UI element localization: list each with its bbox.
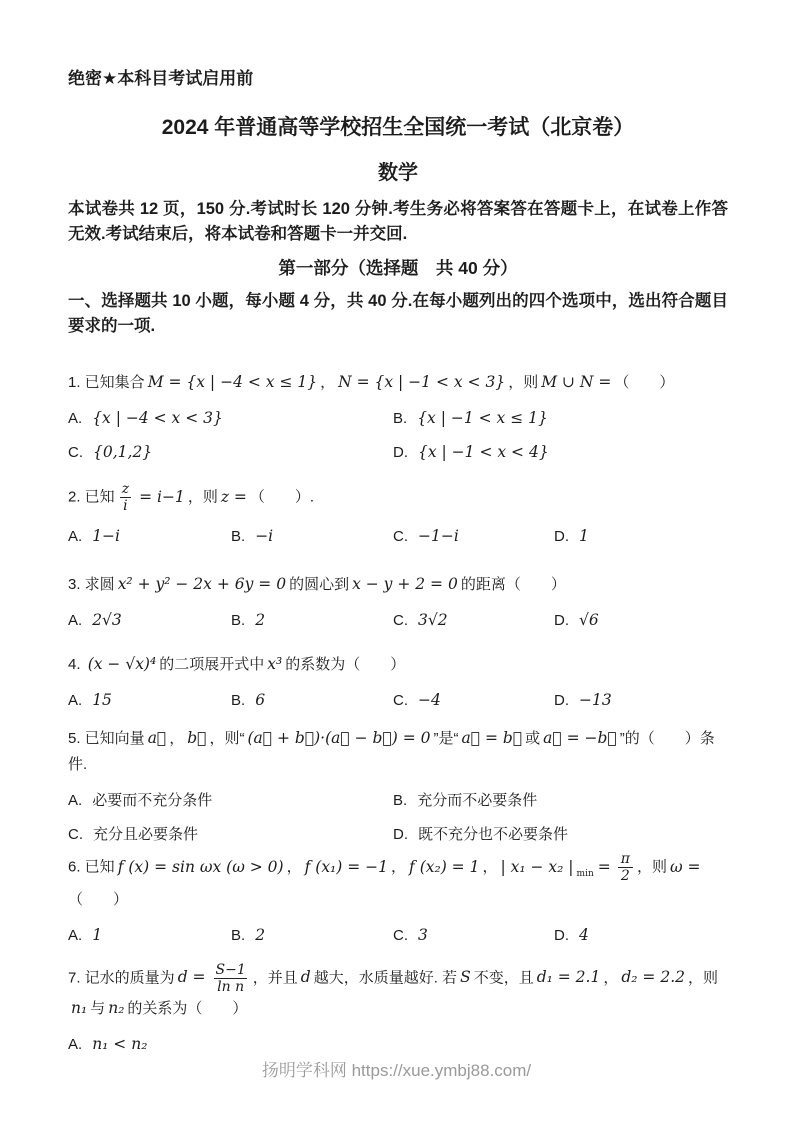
option-label: B. — [231, 927, 245, 944]
option: A.1 — [68, 925, 231, 946]
question-5: 5. 已知向量a⃗，b⃗，则“(a⃗ + b⃗)·(a⃗ − b⃗) = 0”是… — [68, 725, 728, 845]
option-label: B. — [231, 528, 245, 545]
option-label: B. — [231, 612, 245, 629]
math-text: ω = — [670, 858, 701, 876]
chinese-text: 4. — [68, 656, 85, 673]
chinese-text: （ ） — [614, 374, 674, 391]
option-text: 1 — [579, 527, 589, 545]
option: A.必要而不充分条件 — [68, 790, 393, 811]
question-6-stem: 6. 已知f (x) = sin ωx (ω > 0)，f (x₁) = −1，… — [68, 851, 728, 913]
chinese-text: ，则 — [508, 374, 538, 391]
option-text: 3√2 — [418, 611, 448, 629]
math-text: a⃗ — [148, 729, 167, 747]
chinese-text: ， — [169, 730, 184, 747]
chinese-text: ， — [320, 374, 335, 391]
chinese-text: ，则 — [637, 859, 667, 876]
option-text: 2 — [255, 926, 265, 944]
exam-page: 绝密★本科目考试启用前 2024 年普通高等学校招生全国统一考试（北京卷） 数学… — [0, 0, 793, 1122]
math-text: a⃗ = b⃗ — [462, 729, 523, 747]
question-7: 7. 记水的质量为d =S−1ln n，并且d越大，水质量越好. 若S不变，且d… — [68, 962, 728, 1055]
chinese-text: ， — [287, 859, 302, 876]
chinese-text: （ ）. — [250, 489, 314, 506]
math-text: x² + y² − 2x + 6y = 0 — [118, 575, 286, 593]
option-text: −4 — [418, 691, 441, 709]
option-text: 既不充分也不必要条件 — [418, 826, 568, 843]
question-1: 1. 已知集合M = {x | −4 < x ≤ 1}，N = {x | −1 … — [68, 369, 728, 463]
math-text: (a⃗ + b⃗)·(a⃗ − b⃗) = 0 — [247, 729, 430, 747]
math-text: f (x₁) = −1 — [305, 858, 388, 876]
option-label: C. — [68, 826, 83, 843]
question-1-options: A.{x | −4 < x < 3}B.{x | −1 < x ≤ 1}C.{0… — [68, 408, 728, 463]
option: D.√6 — [554, 610, 728, 631]
option-label: C. — [393, 612, 408, 629]
math-text: N = {x | −1 < x < 3} — [338, 373, 505, 391]
math-text: (x − √x)⁴ — [88, 655, 157, 673]
option-label: C. — [68, 444, 83, 461]
chinese-text: 的系数为（ ） — [285, 656, 405, 673]
chinese-text: （ ） — [68, 891, 128, 908]
option-text: n₁ < n₂ — [92, 1035, 147, 1053]
option: A.2√3 — [68, 610, 231, 631]
chinese-text: 1. 已知集合 — [68, 374, 145, 391]
chinese-text: ， — [603, 969, 618, 986]
math-text: n₁ — [71, 999, 87, 1017]
option: D.既不充分也不必要条件 — [393, 824, 728, 845]
option-text: {x | −1 < x ≤ 1} — [417, 409, 548, 427]
option-text: 充分而不必要条件 — [417, 792, 537, 809]
chinese-text: 与 — [90, 1000, 105, 1017]
option: A.1−i — [68, 526, 231, 547]
chinese-text: 的二项展开式中 — [159, 656, 264, 673]
question-3-stem: 3. 求圆x² + y² − 2x + 6y = 0的圆心到x − y + 2 … — [68, 571, 728, 598]
option-text: 6 — [255, 691, 265, 709]
option-text: −13 — [579, 691, 612, 709]
chinese-text: ，则 — [188, 489, 218, 506]
option: C.充分且必要条件 — [68, 824, 393, 845]
exam-title: 2024 年普通高等学校招生全国统一考试（北京卷） — [68, 111, 728, 141]
chinese-text: 3. 求圆 — [68, 576, 115, 593]
question-7-stem: 7. 记水的质量为d =S−1ln n，并且d越大，水质量越好. 若S不变，且d… — [68, 962, 728, 1022]
question-5-options: A.必要而不充分条件B.充分而不必要条件C.充分且必要条件D.既不充分也不必要条… — [68, 790, 728, 845]
option-text: {x | −4 < x < 3} — [92, 409, 223, 427]
option-text: −1−i — [418, 527, 459, 545]
option-label: C. — [393, 528, 408, 545]
option-label: D. — [393, 444, 408, 461]
option: D.1 — [554, 526, 728, 547]
option-text: {x | −1 < x < 4} — [418, 443, 549, 461]
option: A.n₁ < n₂ — [68, 1034, 728, 1055]
question-6-options: A.1B.2C.3D.4 — [68, 925, 728, 946]
math-text: z = — [221, 488, 247, 506]
option-text: 充分且必要条件 — [93, 826, 198, 843]
chinese-text: 5. 已知向量 — [68, 730, 145, 747]
option: B.充分而不必要条件 — [393, 790, 728, 811]
option: C.−1−i — [393, 526, 554, 547]
question-3-options: A.2√3B.2C.3√2D.√6 — [68, 610, 728, 631]
option-label: B. — [393, 792, 407, 809]
option-text: √6 — [579, 611, 599, 629]
chinese-text: ，则 — [688, 969, 718, 986]
option-label: B. — [393, 410, 407, 427]
option-label: A. — [68, 410, 82, 427]
option-text: 15 — [92, 691, 112, 709]
math-text: b⃗ — [187, 729, 206, 747]
option-label: D. — [554, 528, 569, 545]
math-text: = i−1 — [139, 488, 185, 506]
watermark-footer: 扬明学科网 https://xue.ymbj88.com/ — [0, 1056, 793, 1081]
option-label: D. — [554, 612, 569, 629]
chinese-text: 的距离（ ） — [461, 576, 566, 593]
option-text: 2 — [255, 611, 265, 629]
option: B.{x | −1 < x ≤ 1} — [393, 408, 728, 429]
option-text: 1 — [92, 926, 102, 944]
chinese-text: 6. 已知 — [68, 859, 115, 876]
fraction: zi — [119, 481, 132, 514]
security-header: 绝密★本科目考试启用前 — [68, 64, 728, 89]
chinese-text: 越大，水质量越好. 若 — [314, 969, 457, 986]
option: C.{0,1,2} — [68, 442, 393, 463]
option: B.6 — [231, 690, 393, 711]
math-text: x − y + 2 = 0 — [352, 575, 458, 593]
option-text: 1−i — [92, 527, 120, 545]
option-text: 3 — [418, 926, 428, 944]
math-text: d₂ = 2.2 — [621, 968, 685, 986]
subscript-text: min — [577, 869, 594, 879]
option-label: A. — [68, 528, 82, 545]
fraction: S−1ln n — [213, 962, 249, 995]
chinese-text: 或 — [525, 730, 540, 747]
option: C.−4 — [393, 690, 554, 711]
chinese-text: 不变，且 — [474, 969, 534, 986]
chinese-text: ， — [482, 859, 497, 876]
subject-title: 数学 — [68, 156, 728, 185]
option-label: A. — [68, 692, 82, 709]
chinese-text: 2. 已知 — [68, 489, 115, 506]
question-3: 3. 求圆x² + y² − 2x + 6y = 0的圆心到x − y + 2 … — [68, 571, 728, 631]
question-5-stem: 5. 已知向量a⃗，b⃗，则“(a⃗ + b⃗)·(a⃗ − b⃗) = 0”是… — [68, 725, 728, 778]
chinese-text: ”是“ — [434, 730, 459, 747]
option-label: C. — [393, 692, 408, 709]
question-6: 6. 已知f (x) = sin ωx (ω > 0)，f (x₁) = −1，… — [68, 851, 728, 946]
question-2: 2. 已知zi= i−1，则z =（ ）. A.1−iB.−iC.−1−iD.1 — [68, 481, 728, 547]
option-text: 4 — [579, 926, 589, 944]
option-label: D. — [393, 826, 408, 843]
exam-instructions: 本试卷共 12 页，150 分.考试时长 120 分钟.考生务必将答案答在答题卡… — [68, 197, 728, 247]
math-text: d₁ = 2.1 — [537, 968, 601, 986]
math-text: d = — [178, 968, 206, 986]
math-text: x³ — [267, 655, 282, 673]
option-label: D. — [554, 927, 569, 944]
option-text: −i — [255, 527, 273, 545]
option: B.2 — [231, 610, 393, 631]
option: C.3 — [393, 925, 554, 946]
question-1-stem: 1. 已知集合M = {x | −4 < x ≤ 1}，N = {x | −1 … — [68, 369, 728, 396]
math-text: M ∪ N = — [541, 373, 611, 391]
math-text: a⃗ = −b⃗ — [543, 729, 617, 747]
math-text: = — [598, 858, 611, 876]
question-2-stem: 2. 已知zi= i−1，则z =（ ）. — [68, 481, 728, 514]
math-text: M = {x | −4 < x ≤ 1} — [148, 373, 317, 391]
option-text: 2√3 — [92, 611, 122, 629]
question-4-options: A.15B.6C.−4D.−13 — [68, 690, 728, 711]
math-text: S — [460, 968, 471, 986]
math-text: d — [301, 968, 311, 986]
option-text: 必要而不充分条件 — [92, 792, 212, 809]
chinese-text: ， — [391, 859, 406, 876]
option-label: B. — [231, 692, 245, 709]
option: D.{x | −1 < x < 4} — [393, 442, 728, 463]
chinese-text: 7. 记水的质量为 — [68, 969, 175, 986]
section-title: 第一部分（选择题 共 40 分） — [68, 255, 728, 280]
option-label: A. — [68, 927, 82, 944]
question-2-options: A.1−iB.−iC.−1−iD.1 — [68, 526, 728, 547]
chinese-text: 的圆心到 — [289, 576, 349, 593]
option: B.−i — [231, 526, 393, 547]
fraction: π2 — [618, 851, 633, 884]
math-text: | x₁ − x₂ | — [500, 858, 573, 876]
section-intro: 一、选择题共 10 小题，每小题 4 分，共 40 分.在每小题列出的四个选项中… — [68, 289, 728, 339]
question-4: 4. (x − √x)⁴的二项展开式中x³的系数为（ ） A.15B.6C.−4… — [68, 651, 728, 711]
option: C.3√2 — [393, 610, 554, 631]
option: A.{x | −4 < x < 3} — [68, 408, 393, 429]
option: D.−13 — [554, 690, 728, 711]
option-label: C. — [393, 927, 408, 944]
option-label: D. — [554, 692, 569, 709]
math-text: f (x₂) = 1 — [409, 858, 479, 876]
option-label: A. — [68, 1036, 82, 1053]
chinese-text: ，则“ — [209, 730, 244, 747]
math-text: n₂ — [108, 999, 124, 1017]
option-label: A. — [68, 612, 82, 629]
question-7-options: A.n₁ < n₂ — [68, 1034, 728, 1055]
option-label: A. — [68, 792, 82, 809]
option-text: {0,1,2} — [93, 443, 152, 461]
option: B.2 — [231, 925, 393, 946]
option: D.4 — [554, 925, 728, 946]
chinese-text: 的关系为（ ） — [127, 1000, 247, 1017]
chinese-text: ，并且 — [253, 969, 298, 986]
question-4-stem: 4. (x − √x)⁴的二项展开式中x³的系数为（ ） — [68, 651, 728, 678]
math-text: f (x) = sin ωx (ω > 0) — [118, 858, 284, 876]
option: A.15 — [68, 690, 231, 711]
